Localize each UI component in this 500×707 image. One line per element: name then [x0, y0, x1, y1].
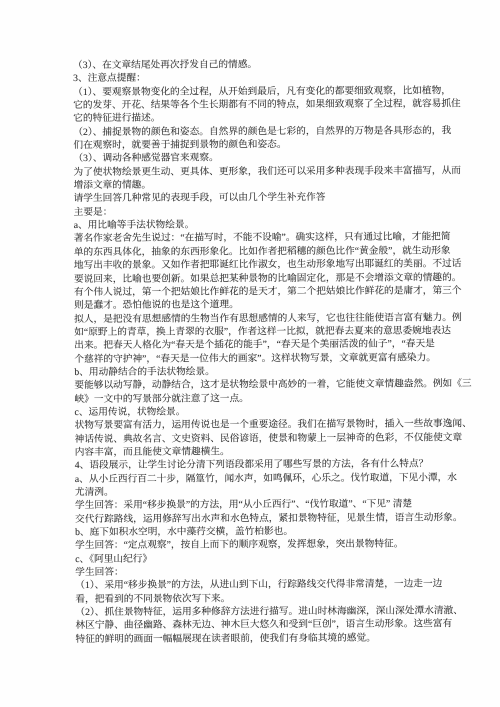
- text-line: 出来。把春天人格化为“春天是个插花的能手”，“春天是个美丽活泼的仙子”，“春天是: [74, 338, 466, 353]
- text-line: 要能够以动写静，动静结合，这才是状物绘景中高妙的一着，它能使文章情趣盎然。例如《…: [74, 378, 466, 393]
- text-line: 它的发芽、开花、结果等各个生长期都有不同的特点，如果细致观察了全过程，就容易抓住: [73, 97, 465, 112]
- text-line: （2）、捕捉景物的颜色和姿态。自然界的颜色是七彩的，自然界的万物是各具形态的，我: [73, 124, 465, 139]
- document-page: （3）、在文章结尾处再次抒发自己的情感。3、注意点提醒：（1）、要观察景物变化的…: [0, 0, 500, 707]
- text-line: 交代行踪路线，运用修辞写出水声和水色特点，紧扣景物特征，见景生情，语言生动形象。: [75, 511, 467, 526]
- text-line: （1）、采用“移步换景”的方法，从进山到下山，行踪路线交代得非常清楚，一边走一边: [75, 578, 467, 593]
- document-lines: （3）、在文章结尾处再次抒发自己的情感。3、注意点提醒：（1）、要观察景物变化的…: [73, 57, 468, 646]
- text-line: 状物写景要富有活力，运用传说也是一个重要途径。我们在描写景物时，插入一些故事逸闻…: [75, 418, 467, 433]
- text-line: 林区宁静、曲径幽路、森林无边、神木巨大悠久和受到“巨创”，语言生动形象。这些富有: [75, 618, 467, 633]
- text-line: 有个伟人说过，第一个把姑娘比作鲜花的是天才，第二个把姑娘比作鲜花的是庸才，第三个: [74, 284, 466, 299]
- text-line: 个慈祥的守护神”，“春天是一位伟大的画家”。这样状物写景，文章就更富有感染力。: [74, 351, 466, 366]
- text-line: 特征的鲜明的画面一幅幅展现在读者眼前，使我们有身临其境的感觉。: [76, 631, 468, 646]
- text-line: a、从小丘西行百二十步，隔篁竹，闻水声，如鸣佩环，心乐之。伐竹取道，下见小潭，水: [75, 471, 467, 486]
- text-line: 地写出丰收的景象。又如作者把耶诞红比作淑女，也生动形象地写出耶诞红的美丽。不过话: [74, 257, 466, 272]
- text-line: 4、语段展示，让学生讨论分清下列语段都采用了哪些写景的方法，各有什么特点？: [75, 458, 467, 473]
- text-line: 为了使状物绘景更生动、更具体、更形象，我们还可以采用多种表现手段来丰富描写，从而: [73, 164, 465, 179]
- text-line: 神话传说、典故名言、文史资料、民俗谚语，使景和物蒙上一层神奇的色彩，不仅能使文章: [75, 431, 467, 446]
- text-line: 学生回答：采用“移步换景”的方法，用“从小丘西行”、“伐竹取道”、“下见” 清楚: [75, 498, 467, 513]
